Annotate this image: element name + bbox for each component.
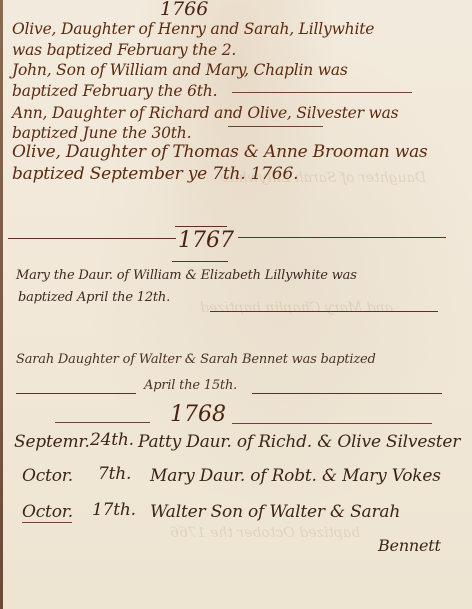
entry-month: Octor.	[22, 502, 73, 522]
year-underline	[172, 261, 228, 262]
divider-line	[238, 237, 446, 238]
entry-line: Olive, Daughter of Henry and Sarah, Lill…	[12, 20, 374, 38]
bleed-through-text: baptized October the 1766	[170, 525, 360, 541]
entry-line: Sarah Daughter of Walter & Sarah Bennet …	[16, 352, 376, 367]
divider-line	[232, 423, 432, 424]
entry-line: was baptized February the 2.	[12, 41, 236, 59]
entry-text: Mary Daur. of Robt. & Mary Vokes	[150, 466, 441, 486]
divider-line	[232, 92, 412, 93]
month-underline	[22, 522, 72, 523]
divider-line	[210, 311, 438, 312]
entry-month: Septemr.	[14, 432, 90, 452]
entry-line: baptized February the 6th.	[12, 82, 217, 100]
entry-line: Olive, Daughter of Thomas & Anne Brooman…	[12, 142, 428, 162]
entry-line: baptized April the 12th.	[18, 290, 170, 305]
entry-day: 24th.	[90, 430, 134, 450]
year-heading: 1767	[178, 228, 234, 253]
entry-line: baptized September ye 7th. 1766.	[12, 164, 298, 184]
entry-line: Ann, Daughter of Richard and Olive, Silv…	[12, 104, 398, 122]
divider-line	[55, 422, 150, 423]
entry-line: Mary the Daur. of William & Elizabeth Li…	[16, 268, 357, 283]
divider-line	[16, 393, 136, 394]
register-page: Daughter of Sarah Lillywhite and Mary Ch…	[0, 0, 472, 609]
entry-text: Patty Daur. of Richd. & Olive Silvester	[138, 432, 460, 452]
entry-line: April the 15th.	[144, 378, 237, 393]
page-edge	[0, 0, 3, 609]
entry-day: 7th.	[98, 464, 131, 484]
divider-line	[228, 126, 323, 127]
entry-text: Walter Son of Walter & Sarah	[150, 502, 400, 522]
year-heading: 1768	[170, 402, 226, 427]
divider-line	[252, 393, 442, 394]
year-heading: 1766	[160, 0, 208, 20]
entry-day: 17th.	[92, 500, 136, 520]
entry-continuation: Bennett	[378, 536, 441, 555]
entry-line: baptized June the 30th.	[12, 124, 191, 142]
entry-month: Octor.	[22, 466, 73, 486]
bleed-through-text: and Mary Chaplin baptized	[200, 300, 393, 316]
divider-line	[8, 238, 176, 239]
entry-line: John, Son of William and Mary, Chaplin w…	[12, 61, 348, 79]
